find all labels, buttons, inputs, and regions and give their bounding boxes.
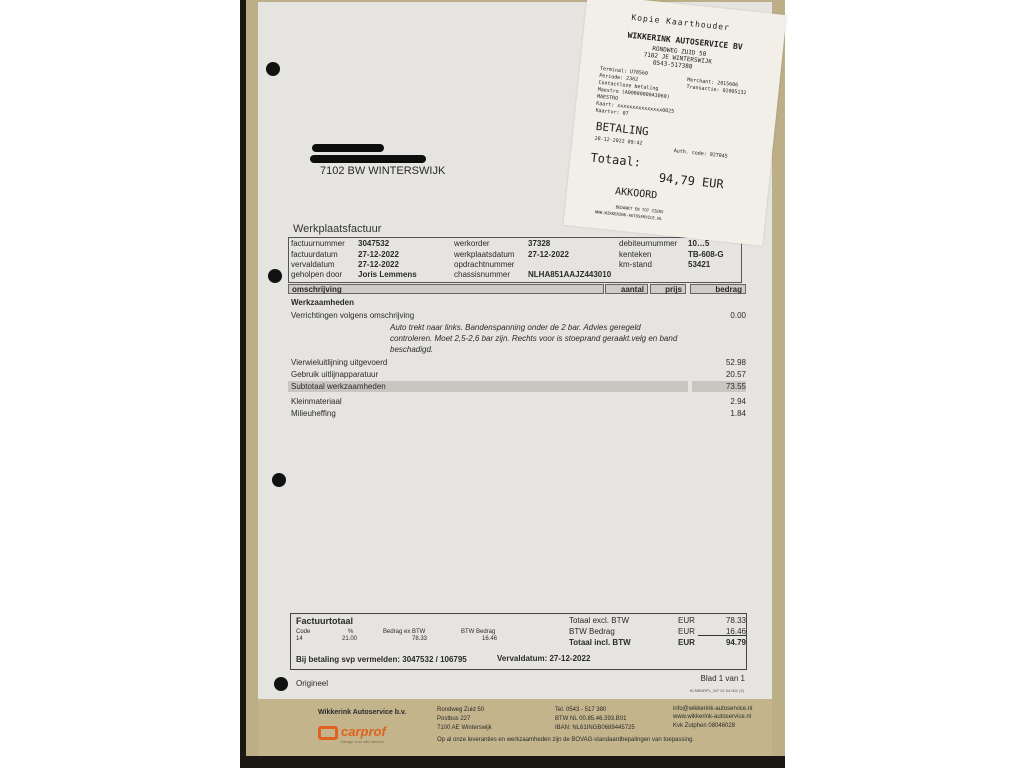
receipt-header: Kopie Kaarthouder: [631, 13, 730, 32]
line-desc: Milieuheffing: [291, 409, 336, 418]
footer-contact: BTW NL 00.85.46.393.B01: [555, 716, 627, 722]
field-value: 27-12-2022: [358, 250, 399, 259]
section-title: Werkzaamheden: [291, 298, 354, 307]
field-value: 27-12-2022: [358, 260, 399, 269]
total-currency: EUR: [678, 616, 695, 625]
line-amount: 20.57: [726, 370, 746, 379]
field-label: chassisnummer: [454, 270, 510, 279]
footer-web: info@wikkerink-autoservice.nl: [673, 706, 752, 712]
vat-header: %: [348, 629, 353, 635]
column-header-aantal: aantal: [605, 284, 648, 294]
vat-cell: 14: [296, 636, 303, 642]
card-receipt: Kopie Kaarthouder WIKKERINK AUTOSERVICE …: [563, 0, 786, 246]
totals-title: Factuurtotaal: [296, 616, 353, 626]
remark-line: Auto trekt naar links. Bandenspanning on…: [390, 323, 641, 332]
field-value: 53421: [688, 260, 710, 269]
form-code: KLNBNRPL_W7 21.04.001 (2): [690, 688, 744, 693]
field-label: factuurnummer: [291, 239, 345, 248]
receipt-total-label: Totaal:: [590, 150, 642, 169]
recipient-city: 7102 BW WINTERSWIJK: [320, 165, 445, 177]
vat-cell: 78.33: [412, 636, 427, 642]
logo-tagline: Garage voor alle merken: [340, 739, 384, 744]
field-value: 37328: [528, 239, 550, 248]
line-amount: 1.84: [730, 409, 746, 418]
footer-contact: Tel. 0543 - 517 380: [555, 707, 606, 713]
punch-hole: [268, 269, 282, 283]
field-label: opdrachtnummer: [454, 260, 514, 269]
field-value: TB-608-G: [688, 250, 724, 259]
punch-hole: [272, 473, 286, 487]
field-value: NLHA851AAJZ443010: [528, 270, 611, 279]
field-value: Joris Lemmens: [358, 270, 417, 279]
footer-address: Rondweg Zuid 50: [437, 707, 484, 713]
total-value: 94.79: [726, 638, 746, 647]
total-label: Totaal incl. BTW: [569, 638, 631, 647]
total-currency: EUR: [678, 627, 695, 636]
vat-header: Code: [296, 629, 310, 635]
line-amount: 2.94: [730, 397, 746, 406]
footer-address: 7100 AE Winterswijk: [437, 725, 492, 731]
footer-company: Wikkerink Autoservice b.v.: [318, 709, 406, 716]
field-label: factuurdatum: [291, 250, 338, 259]
remark-line: beschadigd.: [390, 345, 433, 354]
line-desc: Vierwieluitlijning uitgevoerd: [291, 358, 387, 367]
line-desc: Gebruik uitlijnapparatuur: [291, 370, 378, 379]
footer-address: Postbus 227: [437, 716, 470, 722]
carprof-logo-icon: [318, 726, 338, 740]
vat-cell: 21.00: [342, 636, 357, 642]
punch-hole: [266, 62, 280, 76]
field-label: vervaldatum: [291, 260, 335, 269]
footer-web: Kvk Zutphen 08046028: [673, 723, 735, 729]
total-label: BTW Bedrag: [569, 627, 615, 636]
vat-cell: 16.46: [482, 636, 497, 642]
field-label: werkorder: [454, 239, 490, 248]
original-label: Origineel: [296, 679, 328, 688]
field-label: debiteurnummer: [619, 239, 677, 248]
column-header-prijs: prijs: [650, 284, 686, 294]
receipt-datetime: 28-12-2022 09:42: [594, 136, 643, 147]
total-label: Totaal excl. BTW: [569, 616, 629, 625]
punch-hole: [274, 677, 288, 691]
receipt-total-value: 94,79 EUR: [658, 171, 724, 192]
page-number: Blad 1 van 1: [701, 674, 745, 683]
carprof-logo-text: carprof: [341, 724, 386, 739]
footer-contact: IBAN: NL61INGB0689445725: [555, 725, 635, 731]
total-value: 78.33: [726, 616, 746, 625]
vat-header: Bedrag ex BTW: [383, 629, 425, 635]
field-label: km-stand: [619, 260, 652, 269]
line-amount: 52.98: [726, 358, 746, 367]
due-date: Vervaldatum: 27-12-2022: [497, 654, 590, 663]
field-label: werkplaatsdatum: [454, 250, 514, 259]
column-header-bedrag: bedrag: [690, 284, 746, 294]
receipt-status: AKKOORD: [615, 186, 658, 201]
remark-line: controleren. Moet 2,5-2,6 bar zijn. Rech…: [390, 334, 677, 343]
redacted-name: [312, 144, 384, 152]
field-label: geholpen door: [291, 270, 342, 279]
field-value: 27-12-2022: [528, 250, 569, 259]
field-value: 10…5: [688, 239, 709, 248]
vat-header: BTW Bedrag: [461, 629, 495, 635]
column-header-omschrijving: omschrijving: [288, 284, 604, 294]
line-desc: Kleinmateriaal: [291, 397, 342, 406]
footer-terms: Op al onze leveranties en werkzaamheden …: [437, 737, 694, 743]
total-underline: [698, 635, 746, 636]
receipt-auth-code: Auth. code: 02T045: [673, 148, 728, 160]
total-currency: EUR: [678, 638, 695, 647]
invoice-title: Werkplaatsfactuur: [293, 223, 381, 235]
redacted-street: [310, 155, 426, 163]
field-label: kenteken: [619, 250, 651, 259]
line-desc: Verrichtingen volgens omschrijving: [291, 311, 414, 320]
payment-reference: Bij betaling svp vermelden: 3047532 / 10…: [296, 655, 467, 664]
subtotal-label: Subtotaal werkzaamheden: [291, 382, 386, 391]
line-amount: 0.00: [730, 311, 746, 320]
subtotal-amount: 73.55: [726, 382, 746, 391]
footer-web: www.wikkerink-autoservice.nl: [673, 714, 751, 720]
receipt-type: BETALING: [595, 120, 649, 138]
field-value: 3047532: [358, 239, 389, 248]
